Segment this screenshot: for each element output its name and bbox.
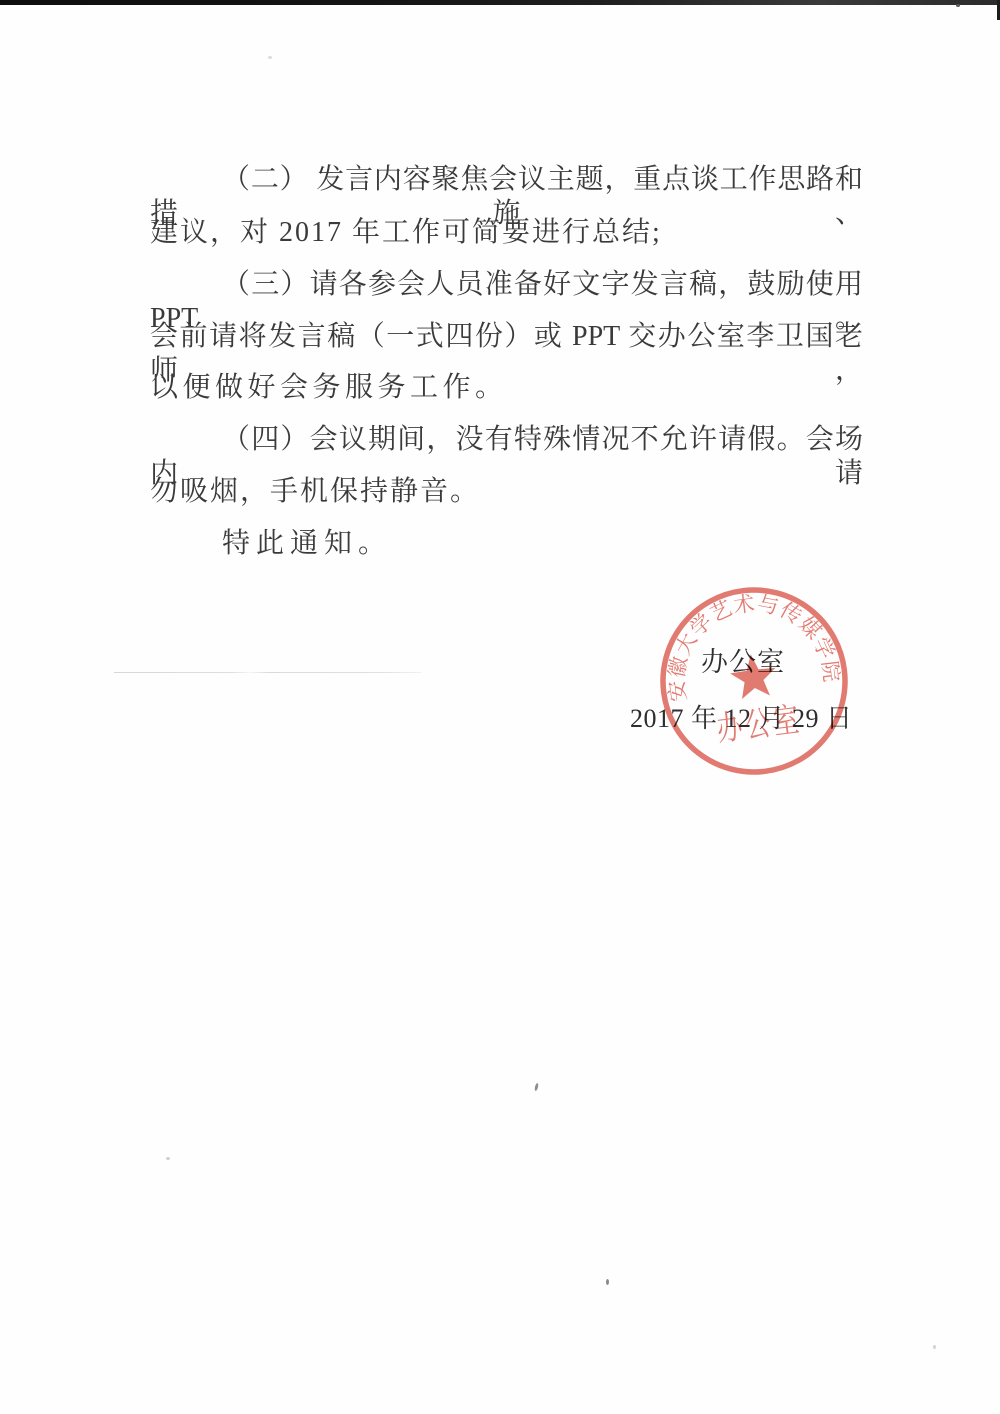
- seal-bottom-text: 办公室: [715, 700, 805, 749]
- notice-line-2: 建议，对 2017 年工作可简要进行总结;: [150, 216, 863, 256]
- notice-line-8: 特此通知。: [150, 527, 863, 567]
- scan-speck: [933, 1345, 936, 1349]
- official-seal: 安徽大学艺术与传媒学院 办公室: [654, 581, 854, 781]
- scanned-notice-page: （二） 发言内容聚焦会议主题，重点谈工作思路和措施、 建议，对 2017 年工作…: [0, 0, 1000, 1414]
- scan-speck: [606, 1279, 609, 1285]
- scan-speck: [268, 56, 272, 59]
- notice-line-1: （二） 发言内容聚焦会议主题，重点谈工作思路和措施、: [150, 163, 863, 203]
- scan-speck: [534, 1083, 539, 1091]
- star-icon: [728, 651, 779, 700]
- notice-line-6: （四）会议期间，没有特殊情况不允许请假。会场内请: [150, 423, 863, 463]
- notice-line-4: 会前请将发言稿（一式四份）或 PPT 交办公室李卫国老师，: [150, 320, 863, 360]
- notice-line-3: （三）请各参会人员准备好文字发言稿，鼓励使用 PPT。: [150, 268, 863, 308]
- scan-edge-artifact-top: [0, 0, 1000, 5]
- scan-speck: [956, 4, 960, 7]
- notice-line-7: 勿吸烟，手机保持静音。: [150, 475, 863, 515]
- notice-line-5: 以便做好会务服务工作。: [150, 371, 863, 411]
- scan-fold-line: [114, 672, 422, 673]
- scan-speck: [166, 1157, 170, 1160]
